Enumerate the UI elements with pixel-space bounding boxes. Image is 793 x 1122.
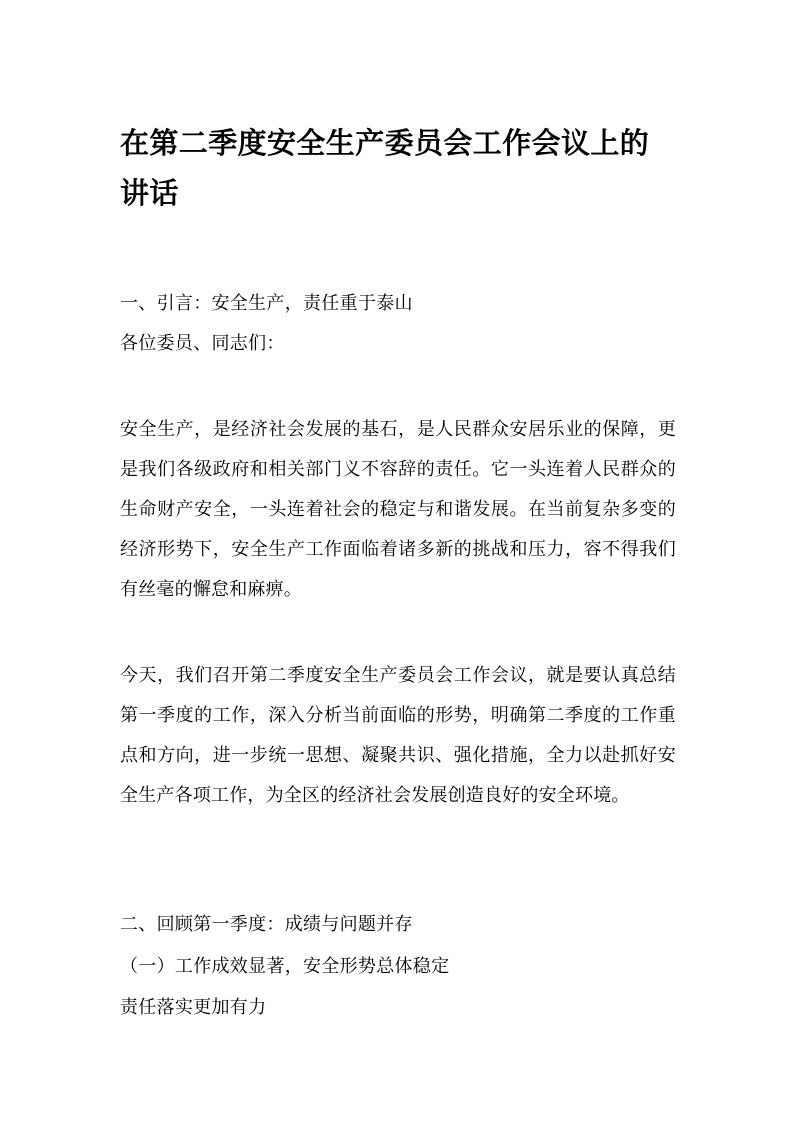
section-2-subsubheading: 责任落实更加有力 xyxy=(120,996,266,1020)
section-2-heading: 二、回顾第一季度：成绩与问题并存 xyxy=(120,913,413,937)
section-2-subheading: （一）工作成效显著，安全形势总体稳定 xyxy=(120,955,449,979)
section-1-heading: 一、引言：安全生产，责任重于泰山 xyxy=(120,292,413,316)
document-title: 在第二季度安全生产委员会工作会议上的讲话 xyxy=(120,118,676,218)
paragraph-1: 安全生产，是经济社会发展的基石，是人民群众安居乐业的保障，更是我们各级政府和相关… xyxy=(120,410,676,610)
paragraph-2: 今天，我们召开第二季度安全生产委员会工作会议，就是要认真总结第一季度的工作，深入… xyxy=(120,656,676,816)
salutation: 各位委员、同志们： xyxy=(120,332,285,356)
